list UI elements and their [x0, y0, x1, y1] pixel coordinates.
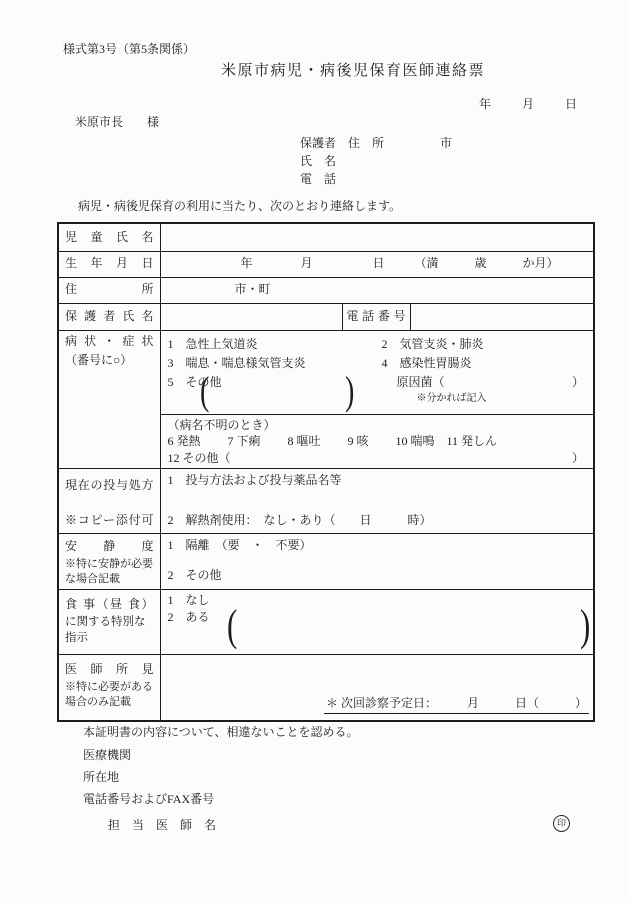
guardian-address-line: 保護者 住 所市: [300, 134, 452, 152]
addressee: 米原市長 様: [75, 114, 159, 131]
medical-contact-table: 児 童 氏 名 生 年 月 日 年 月 日 （満 歳 か月） 住 所 市・町 保…: [57, 222, 595, 722]
date-line: 年 月 日: [479, 96, 577, 113]
symptom-option: 2 気管支炎・肺炎: [382, 335, 484, 354]
birth-label: 生 年 月 日: [58, 251, 160, 277]
unknown-other-label: 12 その他（: [168, 450, 231, 467]
medication-label-note: ※コピー添付可: [65, 512, 154, 529]
large-open-paren: (: [227, 604, 237, 648]
symptom-option: 4 感染性胃腸炎: [382, 354, 472, 373]
large-close-paren: ): [345, 371, 354, 411]
table-row: 生 年 月 日 年 月 日 （満 歳 か月）: [58, 251, 594, 277]
guardian-tel-label: 電 話: [300, 170, 452, 188]
table-row: 現在の投与処方 ※コピー添付可 1 投与方法および投与薬品名等 2 解熱剤使用：…: [58, 469, 594, 534]
child-name-label: 児 童 氏 名: [58, 223, 160, 251]
rest-label: 安 静 度: [65, 538, 154, 555]
rest-field: 1 隔離 （要 ・ 不要） 2 その他: [160, 534, 594, 590]
tel-fax-label: 電話番号およびFAX番号: [83, 791, 214, 808]
cause-germ-note: ※分かれば記入: [417, 392, 587, 406]
phone-field: [410, 303, 594, 330]
symptoms-options: 1 急性上気道炎 2 気管支炎・肺炎 3 喘息・喘息様気管支炎 4 感染性胃腸炎…: [161, 331, 594, 413]
medication-item: 2 解熱剤使用： なし・あり（ 日 時）: [168, 512, 587, 529]
birth-value: 年 月 日 （満 歳 か月）: [241, 256, 559, 270]
page-title: 米原市病児・病後児保育医師連絡票: [221, 61, 485, 83]
symptom-option: 1 急性上気道炎: [168, 335, 382, 354]
rest-label-cell: 安 静 度 ※特に安静が必要な場合記載: [58, 534, 160, 590]
rest-item: 1 隔離 （要 ・ 不要）: [168, 537, 587, 554]
table-row: 安 静 度 ※特に安静が必要な場合記載 1 隔離 （要 ・ 不要） 2 その他: [58, 534, 594, 590]
meal-label-note: に関する特別な指示: [65, 615, 154, 646]
rest-label-note: ※特に安静が必要な場合記載: [65, 557, 154, 587]
medication-label-cell: 現在の投与処方 ※コピー添付可: [58, 469, 160, 534]
cause-germ-close-paren: ）: [572, 373, 584, 392]
symptoms-unknown-field: （病名不明のとき） 6 発熱 7 下痢 8 嘔吐 9 咳 10 喘鳴 11 発し…: [160, 414, 594, 469]
guardian-address-city: 市: [440, 136, 452, 150]
next-visit-line: ＊ 次回診察予定日： 月 日（ ）: [324, 695, 589, 714]
unknown-items: 6 発熱 7 下痢 8 嘔吐 9 咳 10 喘鳴 11 発しん: [168, 433, 587, 450]
meal-items: 1 なし 2 ある ( ): [161, 590, 594, 652]
birth-field: 年 月 日 （満 歳 か月）: [160, 251, 594, 277]
doctor-findings-label-cell: 医 師 所 見 ※特に必要がある場合のみ記載: [58, 655, 160, 721]
medication-field: 1 投与方法および投与薬品名等 2 解熱剤使用： なし・あり（ 日 時）: [160, 469, 594, 534]
table-row: 保 護 者 氏 名 電 話 番 号: [58, 303, 594, 330]
unknown-other-close-paren: ）: [572, 450, 584, 467]
cause-germ-label: 原因菌（: [397, 373, 445, 392]
doctor-findings-label: 医 師 所 見: [65, 661, 154, 678]
address-value: 市・町: [235, 282, 271, 296]
unknown-title: （病名不明のとき）: [168, 417, 587, 434]
doctor-name-label: 担 当 医 師 名: [108, 817, 216, 834]
address-field: 市・町: [160, 277, 594, 303]
guardian-block: 保護者 住 所市 氏 名 電 話: [300, 134, 452, 188]
date-day-label: 日: [565, 96, 577, 113]
document-page: 様式第3号（第5条関係） 米原市病児・病後児保育医師連絡票 年 月 日 米原市長…: [0, 0, 630, 903]
symptoms-field: 1 急性上気道炎 2 気管支炎・肺炎 3 喘息・喘息様気管支炎 4 感染性胃腸炎…: [160, 330, 594, 414]
symptoms-label-cell: 病 状 ・ 症 状 （番号に○）: [58, 330, 160, 469]
certify-statement: 本証明書の内容について、相違ないことを認める。: [83, 724, 359, 741]
phone-label: 電 話 番 号: [342, 303, 410, 330]
large-open-paren: (: [200, 371, 209, 411]
meal-field: 1 なし 2 ある ( ): [160, 590, 594, 655]
table-row: 住 所 市・町: [58, 277, 594, 303]
cause-germ-line: 原因菌（ ）: [382, 373, 587, 392]
guardian-name-row-label: 保 護 者 氏 名: [58, 303, 160, 330]
child-name-field: [160, 223, 594, 251]
rest-items: 1 隔離 （要 ・ 不要） 2 その他: [161, 534, 594, 587]
intro-text: 病児・病後児保育の利用に当たり、次のとおり連絡します。: [78, 198, 401, 215]
table-row: 食 事（昼 食） に関する特別な指示 1 なし 2 ある ( ): [58, 590, 594, 655]
medication-label: 現在の投与処方: [65, 477, 154, 494]
table-row: 病 状 ・ 症 状 （番号に○） 1 急性上気道炎 2 気管支炎・肺炎 3 喘息…: [58, 330, 594, 414]
doctor-findings-field: ＊ 次回診察予定日： 月 日（ ）: [160, 655, 594, 721]
date-month-label: 月: [522, 96, 534, 113]
date-year-label: 年: [479, 96, 491, 113]
medical-org-label: 医療機関: [83, 747, 131, 764]
medication-items: 1 投与方法および投与薬品名等 2 解熱剤使用： なし・あり（ 日 時）: [161, 469, 594, 532]
doctor-findings-note: ※特に必要がある場合のみ記載: [65, 680, 154, 710]
location-label: 所在地: [83, 769, 119, 786]
rest-item: 2 その他: [168, 567, 587, 584]
guardian-address-label: 保護者 住 所: [300, 136, 384, 150]
symptoms-label-note: （番号に○）: [65, 352, 154, 368]
medication-item: 1 投与方法および投与薬品名等: [168, 472, 587, 489]
form-number: 様式第3号（第5条関係）: [63, 41, 195, 58]
large-close-paren: ): [580, 604, 590, 648]
guardian-name-label: 氏 名: [300, 152, 452, 170]
seal-mark-icon: 印: [553, 815, 570, 832]
address-label: 住 所: [58, 277, 160, 303]
table-row: 医 師 所 見 ※特に必要がある場合のみ記載 ＊ 次回診察予定日： 月 日（ ）: [58, 655, 594, 721]
guardian-name-field: [160, 303, 342, 330]
meal-label: 食 事（昼 食）: [65, 596, 154, 613]
table-row: 児 童 氏 名: [58, 223, 594, 251]
meal-label-cell: 食 事（昼 食） に関する特別な指示: [58, 590, 160, 655]
symptoms-label: 病 状 ・ 症 状: [65, 333, 154, 350]
symptoms-unknown: （病名不明のとき） 6 発熱 7 下痢 8 嘔吐 9 咳 10 喘鳴 11 発し…: [161, 415, 594, 469]
